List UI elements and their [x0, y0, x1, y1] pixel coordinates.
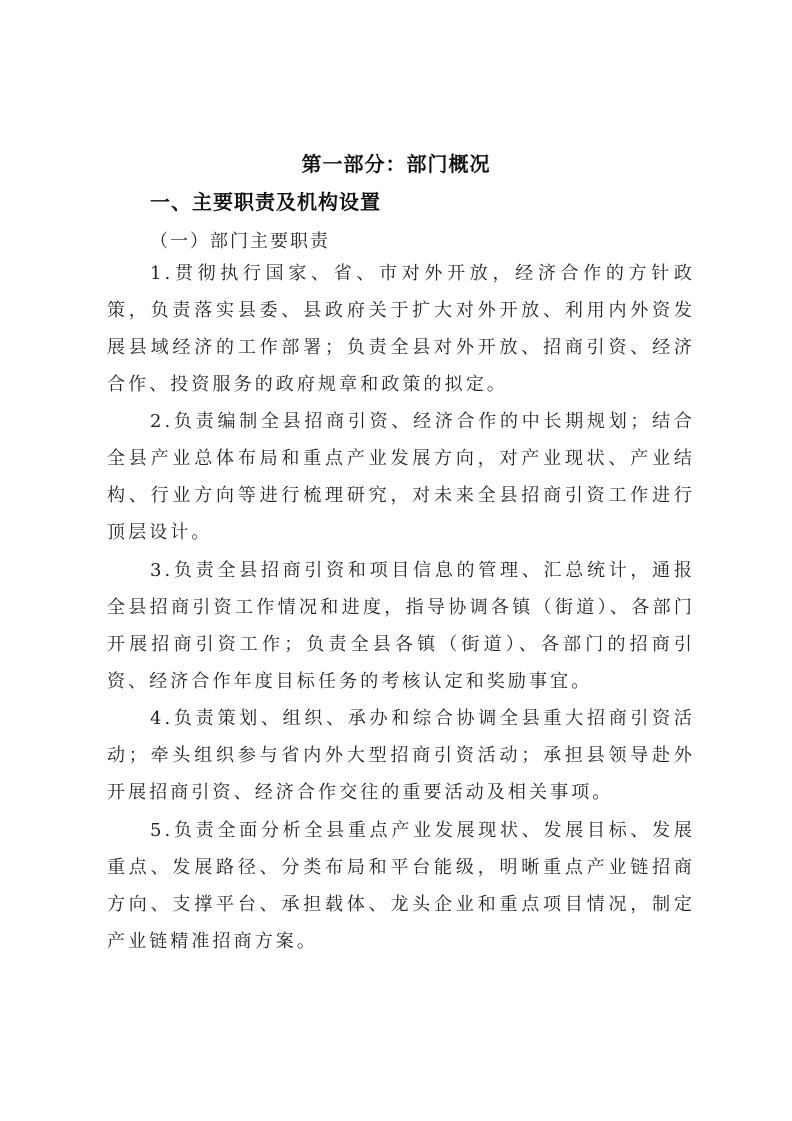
paragraph-text: 2.负责编制全县招商引资、经济合作的中长期规划；结合全县产业总体布局和重点产业发…: [107, 403, 695, 551]
section-heading: 一、主要职责及机构设置: [150, 186, 381, 215]
paragraph-duty-1: 1.贯彻执行国家、省、市对外开放，经济合作的方针政策，负责落实县委、县政府关于扩…: [107, 255, 695, 403]
paragraph-text: 1.贯彻执行国家、省、市对外开放，经济合作的方针政策，负责落实县委、县政府关于扩…: [107, 255, 695, 403]
paragraph-text: 4.负责策划、组织、承办和综合协调全县重大招商引资活动；牵头组织参与省内外大型招…: [107, 700, 695, 811]
paragraph-duty-5: 5.负责全面分析全县重点产业发展现状、发展目标、发展重点、发展路径、分类布局和平…: [107, 812, 695, 960]
page-title: 第一部分：部门概况: [0, 148, 792, 177]
paragraph-duty-2: 2.负责编制全县招商引资、经济合作的中长期规划；结合全县产业总体布局和重点产业发…: [107, 403, 695, 551]
document-page: 第一部分：部门概况 一、主要职责及机构设置 （一）部门主要职责 1.贯彻执行国家…: [0, 0, 792, 1121]
paragraph-duty-4: 4.负责策划、组织、承办和综合协调全县重大招商引资活动；牵头组织参与省内外大型招…: [107, 700, 695, 811]
paragraph-text: 3.负责全县招商引资和项目信息的管理、汇总统计，通报全县招商引资工作情况和进度，…: [107, 552, 695, 700]
subsection-heading: （一）部门主要职责: [150, 227, 330, 253]
paragraph-duty-3: 3.负责全县招商引资和项目信息的管理、汇总统计，通报全县招商引资工作情况和进度，…: [107, 552, 695, 700]
paragraph-text: 5.负责全面分析全县重点产业发展现状、发展目标、发展重点、发展路径、分类布局和平…: [107, 812, 695, 960]
